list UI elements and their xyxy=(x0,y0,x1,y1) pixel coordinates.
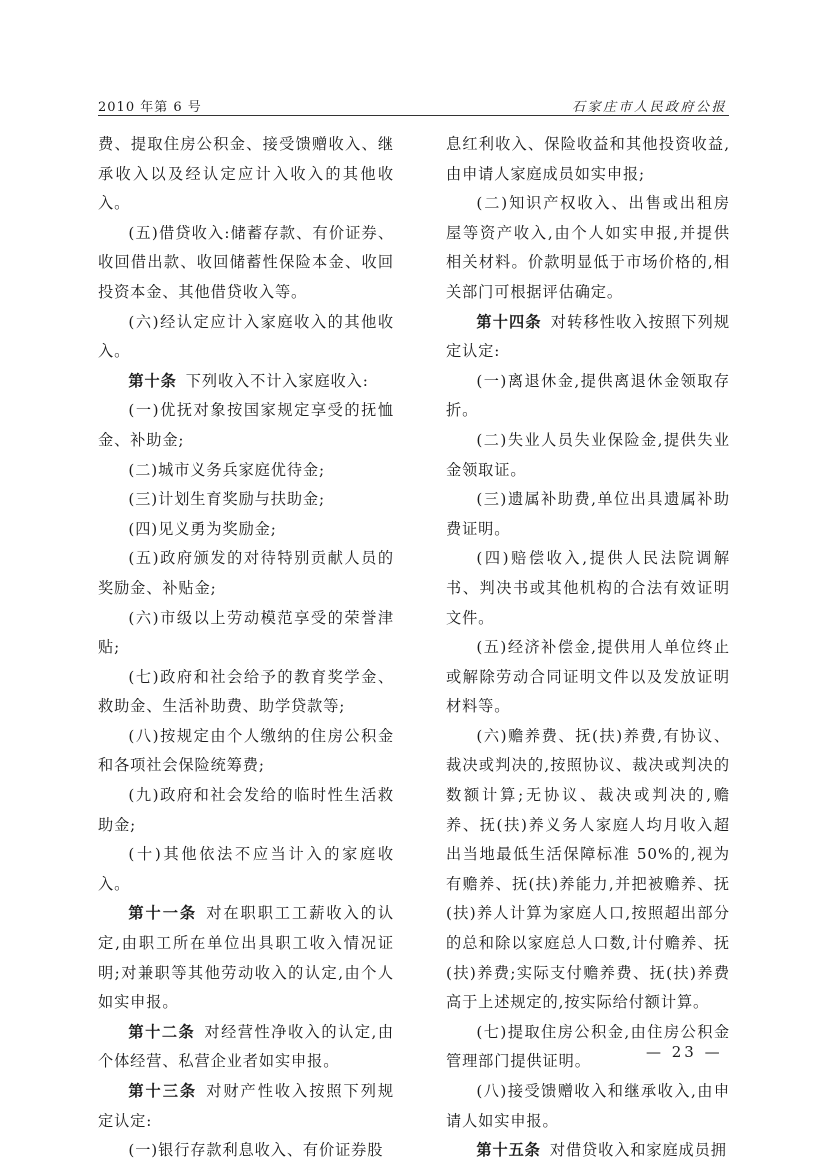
paragraph-text: (五)政府颁发的对待特别贡献人员的奖励金、补贴金; xyxy=(98,549,394,597)
right-column: 息红利收入、保险收益和其他投资收益,由申请人家庭成员如实申报;(二)知识产权收入… xyxy=(446,130,730,1166)
paragraph-text: (二)城市义务兵家庭优待金; xyxy=(128,461,325,479)
paragraph: (三)计划生育奖励与扶助金; xyxy=(98,485,394,515)
paragraph: (九)政府和社会发给的临时性生活救助金; xyxy=(98,781,394,840)
paragraph-text: (一)银行存款利息收入、有价证券股 xyxy=(128,1141,383,1159)
paragraph-text: (三)遗属补助费,单位出具遗属补助费证明。 xyxy=(446,490,730,538)
paragraph: (八)接受馈赠收入和继承收入,由申请人如实申报。 xyxy=(446,1077,730,1136)
paragraph-text: (二)失业人员失业保险金,提供失业金领取证。 xyxy=(446,431,730,479)
publication-title: 石家庄市人民政府公报 xyxy=(572,96,727,115)
paragraph: 第十二条对经营性净收入的认定,由个体经营、私营企业者如实申报。 xyxy=(98,1018,394,1077)
paragraph: (二)失业人员失业保险金,提供失业金领取证。 xyxy=(446,426,730,485)
paragraph-text: (六)经认定应计入家庭收入的其他收入。 xyxy=(98,313,394,361)
paragraph: (七)政府和社会给予的教育奖学金、救助金、生活补助费、助学贷款等; xyxy=(98,663,394,722)
paragraph: 息红利收入、保险收益和其他投资收益,由申请人家庭成员如实申报; xyxy=(446,130,730,189)
paragraph-text: 下列收入不计入家庭收入: xyxy=(186,372,369,390)
paragraph: (五)经济补偿金,提供用人单位终止或解除劳动合同证明文件以及发放证明材料等。 xyxy=(446,633,730,722)
paragraph: (一)离退休金,提供离退休金领取存折。 xyxy=(446,367,730,426)
paragraph-text: (一)离退休金,提供离退休金领取存折。 xyxy=(446,372,730,420)
article-number: 第十四条 xyxy=(476,313,541,331)
paragraph-text: (九)政府和社会发给的临时性生活救助金; xyxy=(98,786,394,834)
paragraph-text: (八)按规定由个人缴纳的住房公积金和各项社会保险统筹费; xyxy=(98,727,394,775)
paragraph: 费、提取住房公积金、接受馈赠收入、继承收入以及经认定应计入收入的其他收入。 xyxy=(98,130,394,219)
paragraph: (八)按规定由个人缴纳的住房公积金和各项社会保险统筹费; xyxy=(98,722,394,781)
article-number: 第十一条 xyxy=(128,904,197,922)
paragraph: (五)借贷收入:储蓄存款、有价证券、收回借出款、收回储蓄性保险本金、收回投资本金… xyxy=(98,219,394,308)
paragraph: 第十五条对借贷收入和家庭成员拥 xyxy=(446,1136,730,1166)
paragraph: (三)遗属补助费,单位出具遗属补助费证明。 xyxy=(446,485,730,544)
paragraph: (六)赡养费、抚(扶)养费,有协议、裁决或判决的,按照协议、裁决或判决的数额计算… xyxy=(446,722,730,1018)
article-number: 第十条 xyxy=(128,372,176,390)
paragraph: (二)城市义务兵家庭优待金; xyxy=(98,456,394,486)
paragraph: (十)其他依法不应当计入的家庭收入。 xyxy=(98,840,394,899)
paragraph: 第十条下列收入不计入家庭收入: xyxy=(98,367,394,397)
paragraph: (四)赔偿收入,提供人民法院调解书、判决书或其他机构的合法有效证明文件。 xyxy=(446,544,730,633)
paragraph-text: 费、提取住房公积金、接受馈赠收入、继承收入以及经认定应计入收入的其他收入。 xyxy=(98,135,394,212)
paragraph-text: 对借贷收入和家庭成员拥 xyxy=(550,1141,727,1159)
issue-label: 2010 年第 6 号 xyxy=(98,96,202,115)
article-number: 第十三条 xyxy=(128,1082,197,1100)
paragraph-text: (五)借贷收入:储蓄存款、有价证券、收回借出款、收回储蓄性保险本金、收回投资本金… xyxy=(98,224,394,301)
page-header: 2010 年第 6 号 石家庄市人民政府公报 xyxy=(98,96,729,116)
paragraph: 第十四条对转移性收入按照下列规定认定: xyxy=(446,308,730,367)
paragraph-text: (六)赡养费、抚(扶)养费,有协议、裁决或判决的,按照协议、裁决或判决的数额计算… xyxy=(446,727,730,1011)
paragraph-text: (四)赔偿收入,提供人民法院调解书、判决书或其他机构的合法有效证明文件。 xyxy=(446,549,730,626)
paragraph: (一)银行存款利息收入、有价证券股 xyxy=(98,1136,394,1166)
article-number: 第十五条 xyxy=(476,1141,540,1159)
paragraph-text: (五)经济补偿金,提供用人单位终止或解除劳动合同证明文件以及发放证明材料等。 xyxy=(446,638,730,715)
paragraph: (六)市级以上劳动模范享受的荣誉津贴; xyxy=(98,604,394,663)
paragraph: (六)经认定应计入家庭收入的其他收入。 xyxy=(98,308,394,367)
paragraph: (二)知识产权收入、出售或出租房屋等资产收入,由个人如实申报,并提供相关材料。价… xyxy=(446,189,730,307)
paragraph: (一)优抚对象按国家规定享受的抚恤金、补助金; xyxy=(98,396,394,455)
paragraph-text: (二)知识产权收入、出售或出租房屋等资产收入,由个人如实申报,并提供相关材料。价… xyxy=(446,194,730,301)
paragraph-text: (六)市级以上劳动模范享受的荣誉津贴; xyxy=(98,609,394,657)
paragraph: 第十三条对财产性收入按照下列规定认定: xyxy=(98,1077,394,1136)
paragraph-text: (八)接受馈赠收入和继承收入,由申请人如实申报。 xyxy=(446,1082,730,1130)
paragraph: (四)见义勇为奖励金; xyxy=(98,515,394,545)
paragraph: (五)政府颁发的对待特别贡献人员的奖励金、补贴金; xyxy=(98,544,394,603)
paragraph-text: (三)计划生育奖励与扶助金; xyxy=(128,490,325,508)
page-number: — 23 — xyxy=(646,1043,723,1061)
paragraph-text: 息红利收入、保险收益和其他投资收益,由申请人家庭成员如实申报; xyxy=(446,135,730,183)
paragraph-text: (十)其他依法不应当计入的家庭收入。 xyxy=(98,845,394,893)
paragraph-text: (七)政府和社会给予的教育奖学金、救助金、生活补助费、助学贷款等; xyxy=(98,668,394,716)
paragraph: 第十一条对在职职工工薪收入的认定,由职工所在单位出具职工收入情况证明;对兼职等其… xyxy=(98,899,394,1017)
left-column: 费、提取住房公积金、接受馈赠收入、继承收入以及经认定应计入收入的其他收入。(五)… xyxy=(98,130,394,1166)
article-number: 第十二条 xyxy=(128,1023,195,1041)
paragraph-text: (一)优抚对象按国家规定享受的抚恤金、补助金; xyxy=(98,401,394,449)
paragraph-text: (四)见义勇为奖励金; xyxy=(128,520,276,538)
